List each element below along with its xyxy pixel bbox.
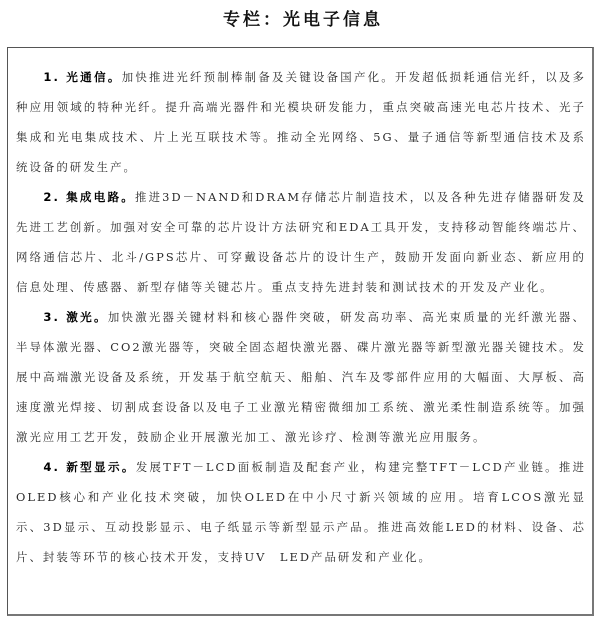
section-integrated-circuits: 2. 集成电路。推进3D－NAND和DRAM存储芯片制造技术，以及各种先进存储器… [16,182,586,302]
section-laser: 3. 激光。加快激光器关键材料和核心器件突破，研发高功率、高光束质量的光纤激光器… [16,302,586,452]
column-box: 1. 光通信。加快推进光纤预制棒制备及关键设备国产化。开发超低损耗通信光纤，以及… [7,47,594,616]
section-new-display: 4. 新型显示。发展TFT－LCD面板制造及配套产业，构建完整TFT－LCD产业… [16,452,586,572]
column-content: 1. 光通信。加快推进光纤预制棒制备及关键设备国产化。开发超低损耗通信光纤，以及… [16,62,586,572]
section-heading: 4. 新型显示。 [43,460,135,474]
section-body: 发展TFT－LCD面板制造及配套产业，构建完整TFT－LCD产业链。推进OLED… [16,460,586,564]
section-body: 加快激光器关键材料和核心器件突破，研发高功率、高光束质量的光纤激光器、半导体激光… [16,310,586,444]
section-body: 推进3D－NAND和DRAM存储芯片制造技术，以及各种先进存储器研发及先进工艺创… [16,190,586,294]
section-optical-communication: 1. 光通信。加快推进光纤预制棒制备及关键设备国产化。开发超低损耗通信光纤，以及… [16,62,586,182]
column-title: 专栏：光电子信息 [0,8,606,32]
section-heading: 2. 集成电路。 [43,190,135,204]
section-heading: 1. 光通信。 [43,70,121,84]
section-heading: 3. 激光。 [43,310,108,324]
section-body: 加快推进光纤预制棒制备及关键设备国产化。开发超低损耗通信光纤，以及多种应用领域的… [16,70,586,174]
